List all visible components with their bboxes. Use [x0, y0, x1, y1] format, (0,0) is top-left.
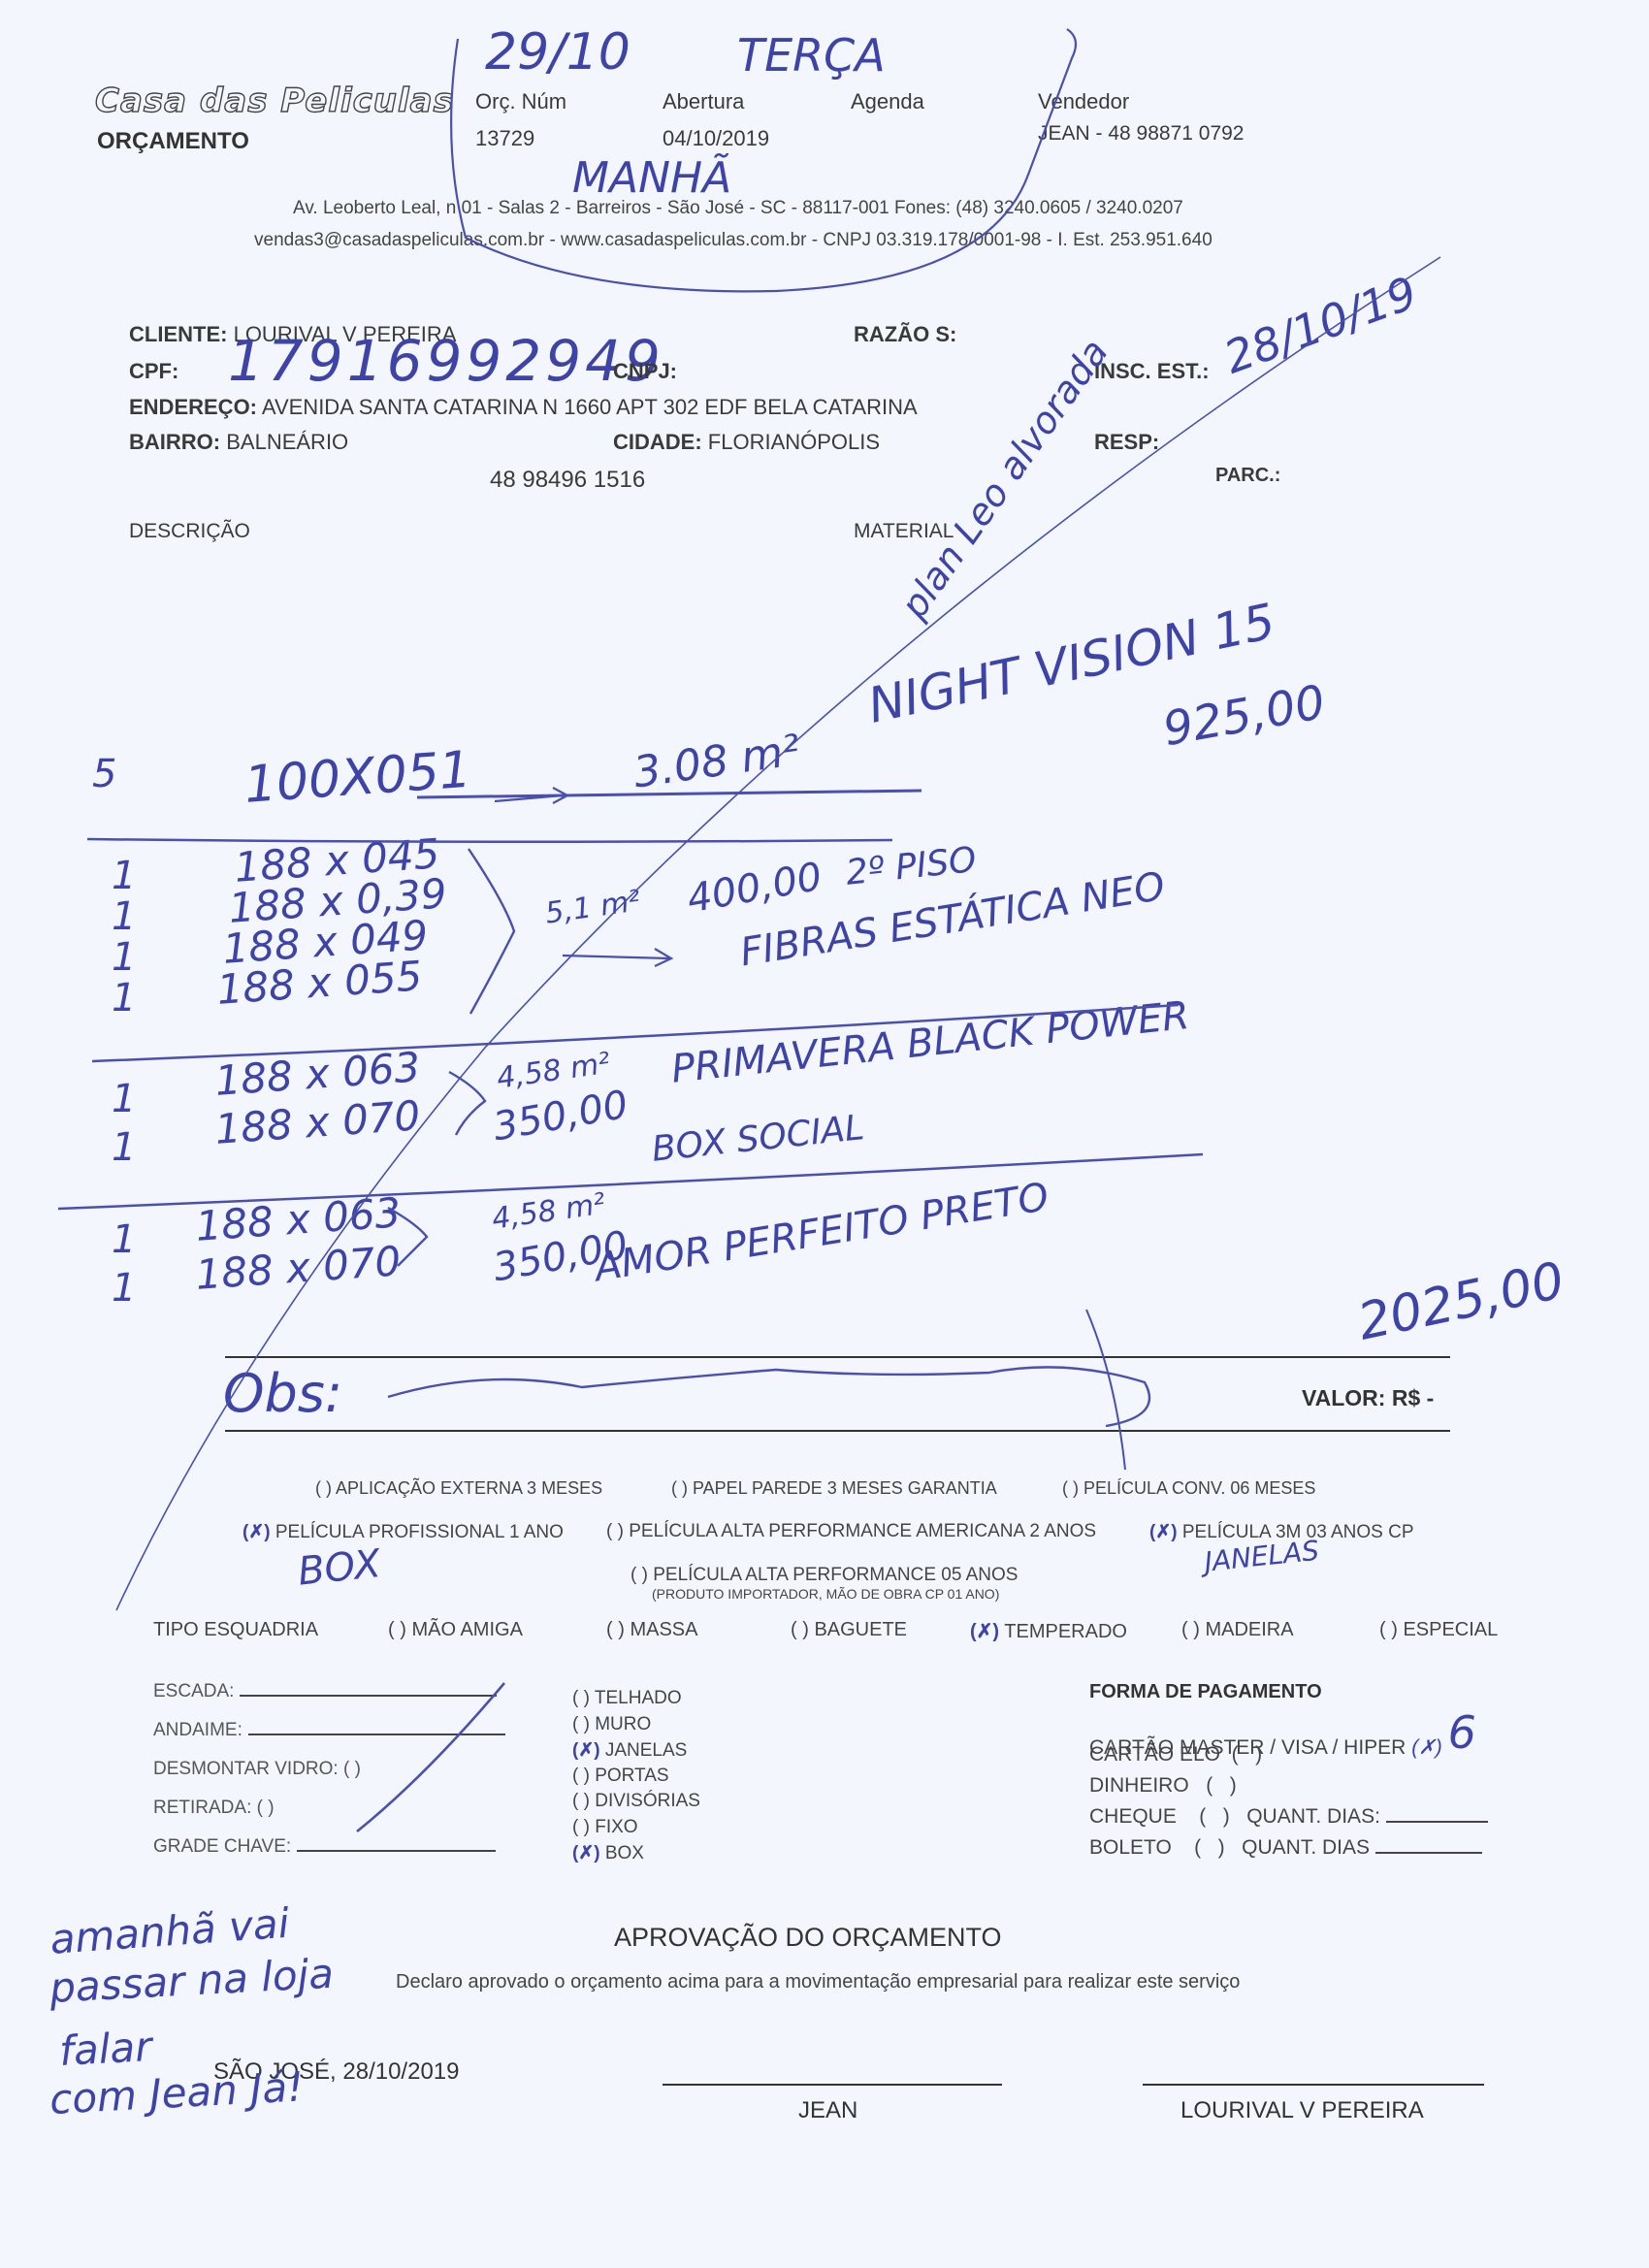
item-quantity: 1: [112, 1077, 136, 1121]
location-option-label: JANELAS: [605, 1740, 687, 1761]
item-quantity: 1: [112, 1217, 136, 1262]
extra-field-label: GRADE CHAVE:: [153, 1836, 291, 1857]
checkbox[interactable]: ( ): [315, 1478, 336, 1498]
checkbox[interactable]: ( ): [572, 1714, 595, 1734]
esquadria-option-label: TEMPERADO: [999, 1621, 1127, 1642]
location-option[interactable]: ( ) DIVISÓRIAS: [572, 1791, 700, 1812]
location-option[interactable]: ( ) TELHADO: [572, 1688, 682, 1709]
checkbox[interactable]: ( ): [572, 1688, 595, 1708]
obs-label: Obs:: [223, 1363, 342, 1424]
esquadria-option-label: MADEIRA: [1200, 1619, 1294, 1640]
signer-client: LOURIVAL V PEREIRA: [1180, 2097, 1424, 2124]
orc-num: 13729: [475, 126, 534, 151]
esquadria-option[interactable]: ( ) MASSA: [606, 1619, 697, 1641]
payment-dinheiro-row[interactable]: DINHEIRO ( ): [1089, 1774, 1237, 1798]
payment-cheque-label: CHEQUE: [1089, 1805, 1177, 1828]
location-option-label: BOX: [605, 1843, 644, 1863]
esquadria-option[interactable]: ( ) MÃO AMIGA: [388, 1619, 523, 1641]
cpf-label: CPF:: [129, 359, 178, 384]
resp-label: RESP:: [1094, 430, 1159, 455]
checkbox-checked[interactable]: (✗): [970, 1621, 999, 1642]
warranty-annotation: BOX: [296, 1541, 383, 1595]
extra-field[interactable]: RETIRADA: ( ): [153, 1798, 275, 1819]
item-quantity: 1: [112, 854, 136, 898]
cheque-dias-label: QUANT. DIAS:: [1246, 1805, 1380, 1828]
checkbox[interactable]: ( ): [1062, 1478, 1083, 1498]
warranty-option[interactable]: ( ) PAPEL PAREDE 3 MESES GARANTIA: [671, 1478, 997, 1499]
checkbox-checked[interactable]: (✗): [572, 1843, 605, 1863]
checkbox-checked[interactable]: (✗): [572, 1740, 605, 1761]
item-quantity: 1: [112, 976, 136, 1021]
payment-dinheiro-label: DINHEIRO: [1089, 1774, 1189, 1797]
location-option[interactable]: ( ) FIXO: [572, 1817, 638, 1838]
payment-boleto-checkbox[interactable]: ( ): [1178, 1836, 1237, 1859]
agenda-label: Agenda: [851, 89, 924, 114]
payment-cheque-row[interactable]: CHEQUE ( ) QUANT. DIAS:: [1089, 1805, 1488, 1829]
payment-boleto-row[interactable]: BOLETO ( ) QUANT. DIAS: [1089, 1836, 1482, 1860]
obs-bottom-rule: [225, 1430, 1450, 1432]
cidade-value: FLORIANÓPOLIS: [708, 430, 880, 454]
location-option[interactable]: (✗) BOX: [572, 1842, 644, 1864]
item-material: AMOR PERFEITO PRETO: [592, 1175, 1051, 1290]
item-price: 400,00: [684, 855, 825, 923]
esquadria-option[interactable]: (✗) TEMPERADO: [970, 1619, 1127, 1643]
client-signature-line: [1143, 2084, 1484, 2086]
checkbox[interactable]: ( ): [572, 1817, 595, 1837]
item-quantity: 1: [112, 1266, 136, 1311]
extra-field[interactable]: GRADE CHAVE:: [153, 1836, 496, 1858]
warranty-option-label: PELÍCULA PROFISSIONAL 1 ANO: [275, 1522, 564, 1542]
abertura-label: Abertura: [663, 89, 744, 114]
checkbox[interactable]: ( ): [606, 1521, 629, 1541]
extra-field[interactable]: DESMONTAR VIDRO: ( ): [153, 1759, 361, 1780]
warranty-option-subtext: (PRODUTO IMPORTADOR, MÃO DE OBRA CP 01 A…: [652, 1586, 1018, 1602]
boleto-dias-label: QUANT. DIAS: [1242, 1836, 1370, 1859]
payment-installments: 6: [1448, 1706, 1476, 1759]
document-type: ORÇAMENTO: [97, 128, 249, 155]
checkbox[interactable]: ( ): [671, 1478, 693, 1498]
item-dimensions: 100X051: [242, 741, 473, 815]
bairro-label: BAIRRO:: [129, 430, 220, 454]
abertura-date: 04/10/2019: [663, 126, 769, 151]
item-material: PRIMAVERA BLACK POWER: [669, 993, 1191, 1092]
extra-field-label: RETIRADA:: [153, 1798, 251, 1818]
payment-dinheiro-checkbox[interactable]: ( ): [1195, 1774, 1237, 1797]
location-option-label: MURO: [595, 1714, 651, 1734]
checkbox[interactable]: ( ): [572, 1766, 595, 1786]
company-address: Av. Leoberto Leal, n 01 - Salas 2 - Barr…: [293, 198, 1183, 219]
payment-cartao-checkbox[interactable]: (✗): [1411, 1736, 1442, 1759]
checkbox-checked[interactable]: (✗): [242, 1522, 275, 1542]
warranty-option-label: PAPEL PAREDE 3 MESES GARANTIA: [693, 1478, 997, 1498]
vendedor-label: Vendedor: [1038, 89, 1129, 114]
payment-title: FORMA DE PAGAMENTO: [1089, 1681, 1322, 1703]
location-option[interactable]: ( ) PORTAS: [572, 1766, 669, 1787]
handwritten-weekday: TERÇA: [737, 29, 886, 81]
orc-num-label: Orç. Núm: [475, 89, 566, 114]
esquadria-label: TIPO ESQUADRIA: [153, 1619, 318, 1641]
warranty-option-label: APLICAÇÃO EXTERNA 3 MESES: [336, 1478, 602, 1498]
esquadria-option-label: ESPECIAL: [1398, 1619, 1498, 1640]
esquadria-option-label: MASSA: [625, 1619, 698, 1640]
obs-top-rule: [225, 1356, 1450, 1358]
handwritten-schedule-date: 29/10: [485, 23, 630, 81]
payment-cheque-checkbox[interactable]: ( ): [1182, 1805, 1242, 1828]
cidade-row: CIDADE: FLORIANÓPOLIS: [613, 430, 880, 455]
endereco-label: ENDEREÇO:: [129, 395, 257, 419]
item-note: BOX SOCIAL: [650, 1108, 866, 1170]
cnpj-label: CNPJ:: [613, 359, 677, 384]
bairro-row: BAIRRO: BALNEÁRIO: [129, 430, 348, 455]
razao-label: RAZÃO S:: [854, 322, 956, 347]
checkbox[interactable]: ( ): [606, 1619, 625, 1640]
warranty-option[interactable]: (✗) PELÍCULA PROFISSIONAL 1 ANO: [242, 1521, 564, 1543]
payment-elo-label: CARTÃO ELO: [1089, 1743, 1220, 1766]
location-option[interactable]: (✗) JANELAS: [572, 1739, 687, 1762]
checkbox[interactable]: ( ): [388, 1619, 406, 1640]
extra-field-input[interactable]: [248, 1733, 505, 1735]
checkbox[interactable]: ( ): [572, 1791, 595, 1811]
checkbox-checked[interactable]: (✗): [1149, 1522, 1182, 1542]
esquadria-option[interactable]: ( ) ESPECIAL: [1379, 1619, 1498, 1641]
handwritten-total: 2025,00: [1353, 1251, 1569, 1351]
cidade-label: CIDADE:: [613, 430, 702, 454]
item-quantity: 1: [112, 935, 136, 980]
client-phone: 48 98496 1516: [490, 467, 645, 494]
extra-field-label: ANDAIME:: [153, 1720, 242, 1740]
cheque-dias-field[interactable]: [1386, 1821, 1488, 1823]
warranty-option[interactable]: ( ) PELÍCULA ALTA PERFORMANCE AMERICANA …: [606, 1521, 1096, 1542]
handwritten-resp-date: 28/10/19: [1217, 266, 1424, 383]
warranty-option-label: PELÍCULA CONV. 06 MESES: [1083, 1478, 1315, 1498]
company-logo: Casa das Peliculas: [95, 81, 454, 120]
payment-elo-row[interactable]: CARTÃO ELO ( ): [1089, 1743, 1262, 1766]
parc-label: PARC.:: [1215, 465, 1280, 487]
warranty-option-label: PELÍCULA ALTA PERFORMANCE AMERICANA 2 AN…: [629, 1521, 1096, 1541]
item-area: 3.08 m²: [630, 726, 803, 798]
handwritten-period: MANHÃ: [572, 153, 731, 203]
checkbox[interactable]: ( ): [791, 1619, 809, 1640]
warranty-option[interactable]: ( ) APLICAÇÃO EXTERNA 3 MESES: [315, 1478, 602, 1499]
endereco-value: AVENIDA SANTA CATARINA N 1660 APT 302 ED…: [262, 395, 918, 419]
material-header: MATERIAL: [854, 520, 954, 543]
bairro-value: BALNEÁRIO: [226, 430, 348, 454]
esquadria-option[interactable]: ( ) BAGUETE: [791, 1619, 907, 1641]
warranty-option-label: PELÍCULA ALTA PERFORMANCE 05 ANOS: [653, 1565, 1018, 1585]
endereco-row: ENDEREÇO: AVENIDA SANTA CATARINA N 1660 …: [129, 395, 918, 420]
handwritten-material-note: plan Leo alvorada: [892, 332, 1116, 627]
extra-field-input[interactable]: [297, 1850, 496, 1852]
checkbox[interactable]: ( ): [1379, 1619, 1398, 1640]
esquadria-option[interactable]: ( ) MADEIRA: [1181, 1619, 1294, 1641]
checkbox[interactable]: ( ): [630, 1565, 653, 1585]
extra-field-label: DESMONTAR VIDRO:: [153, 1759, 339, 1779]
checkbox[interactable]: ( ): [1181, 1619, 1200, 1640]
extra-field[interactable]: ESCADA:: [153, 1681, 497, 1702]
approval-title: APROVAÇÃO DO ORÇAMENTO: [614, 1923, 1002, 1953]
location-option-label: FIXO: [595, 1817, 637, 1837]
warranty-option[interactable]: ( ) PELÍCULA CONV. 06 MESES: [1062, 1478, 1315, 1499]
signer-seller: JEAN: [798, 2097, 857, 2124]
valor-label: VALOR: R$ -: [1302, 1385, 1434, 1411]
item-quantity: 1: [112, 894, 136, 939]
extra-field-input[interactable]: [240, 1695, 497, 1697]
payment-boleto-label: BOLETO: [1089, 1836, 1172, 1859]
item-quantity: 5: [92, 752, 116, 796]
cpf-handwritten: 17916992949: [228, 328, 664, 394]
payment-elo-checkbox[interactable]: ( ): [1226, 1743, 1262, 1766]
item-area: 5,1 m²: [543, 884, 642, 930]
location-option-label: TELHADO: [595, 1688, 682, 1708]
location-option-label: DIVISÓRIAS: [595, 1791, 700, 1811]
checkbox[interactable]: ( ): [251, 1798, 274, 1818]
checkbox[interactable]: ( ): [339, 1759, 361, 1779]
item-quantity: 1: [112, 1125, 136, 1170]
vendedor: JEAN - 48 98871 0792: [1038, 122, 1244, 146]
boleto-dias-field[interactable]: [1375, 1852, 1482, 1854]
item-note: 2º PISO: [844, 840, 978, 893]
warranty-option[interactable]: ( ) PELÍCULA ALTA PERFORMANCE 05 ANOS(PR…: [630, 1565, 1018, 1602]
approval-declaration: Declaro aprovado o orçamento acima para …: [396, 1971, 1240, 1993]
esquadria-option-label: BAGUETE: [809, 1619, 907, 1640]
location-option[interactable]: ( ) MURO: [572, 1714, 651, 1735]
item-price: 925,00: [1159, 675, 1329, 757]
descricao-header: DESCRIÇÃO: [129, 520, 250, 543]
company-contact: vendas3@casadaspeliculas.com.br - www.ca…: [254, 230, 1212, 251]
cliente-label: CLIENTE:: [129, 322, 227, 346]
extra-field-label: ESCADA:: [153, 1681, 234, 1701]
location-option-label: PORTAS: [595, 1766, 668, 1786]
seller-signature-line: [663, 2084, 1002, 2086]
side-note-line: falar: [58, 2023, 153, 2075]
esquadria-option-label: MÃO AMIGA: [406, 1619, 523, 1640]
extra-field[interactable]: ANDAIME:: [153, 1720, 505, 1741]
